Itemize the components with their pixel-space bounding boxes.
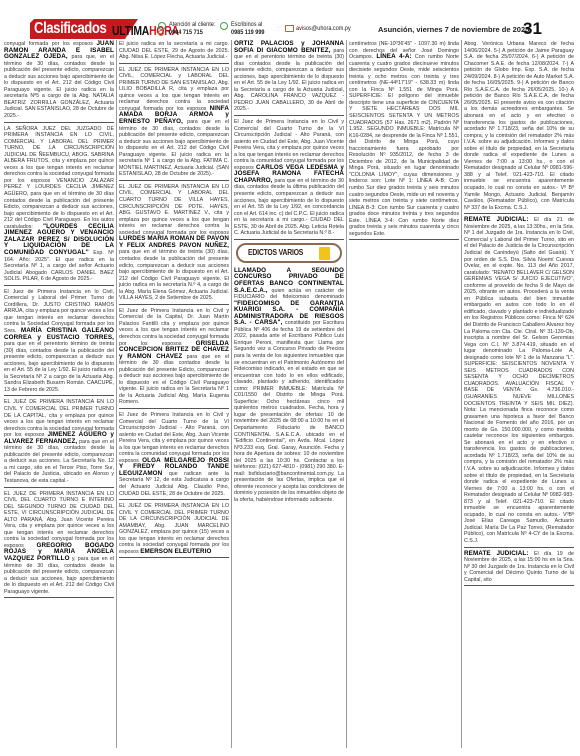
column-2: El juicio radica en la secretaría a mi c…	[119, 40, 229, 748]
contact-email: avisos@uhora.com.py	[285, 21, 365, 39]
classifieds-columns: conyugal formada por los esposos JUAN RA…	[0, 40, 580, 750]
notice: EL JUEZ DE PRIMERA INSTANCIA EN LO CIVIL…	[119, 66, 229, 181]
column-3: ORTIZ PALACIOS y JOHANNA SOFIA DI GIACOM…	[234, 40, 344, 748]
contact-value[interactable]: 0994 715 715	[169, 29, 203, 37]
contact-customer-service: Atención al cliente: 0994 715 715	[158, 21, 218, 39]
mail-icon	[285, 25, 294, 32]
notice: LLAMADO A SEGUNDO CONCURSO PRIVADO DE OF…	[234, 267, 344, 506]
contact-label: Escribinos al	[231, 21, 262, 29]
section-label: Clasificados	[34, 19, 106, 39]
notice: REMATE JUDICIAL: El día 19 de Noviembre …	[464, 550, 574, 587]
column-4-sections	[349, 40, 459, 748]
whatsapp-icon	[158, 22, 166, 30]
notice: ORTIZ PALACIOS y JOHANNA SOFIA DI GIACOM…	[234, 40, 344, 116]
column-5: Abog. Verónica Urbana Mareco de fecha 14…	[464, 40, 574, 748]
publication-date: Asunción, viernes 7 de noviembre de 2025	[378, 25, 529, 34]
whatsapp-icon	[220, 22, 228, 30]
logo-part-ultima: ULTIMA	[112, 23, 149, 38]
section-header-edictos-varios: EDICTOS VARIOS	[236, 243, 342, 263]
page-number: 31	[523, 19, 542, 39]
contact-label: Atención al cliente:	[169, 21, 215, 29]
notice: EL JUEZ DE PRIMERA INSTANCIA EN LO CIVIL…	[4, 490, 114, 599]
contact-whatsapp: Escribinos al 0985 119 999	[220, 21, 275, 39]
notice: EL JUEZ DE PRIMERA INSTANCIA EN LO CIVIL…	[4, 398, 114, 487]
column-divider	[461, 40, 462, 748]
notice: El Juez de Primera Instancia en lo Civil…	[119, 307, 229, 409]
notice: LA SEÑORA JUEZ DEL JUZGADO DE PRIMERA IN…	[4, 125, 114, 286]
notice: Abog. Verónica Urbana Mareco de fecha 14…	[464, 40, 574, 214]
contact-value[interactable]: 0985 119 999	[231, 29, 264, 37]
notice: EL JUEZ DE PRIMERA INSTANCIA EN LO CIVIL…	[119, 502, 229, 558]
column-divider	[116, 40, 117, 748]
notice: El juicio radica en la secretaría a mi c…	[119, 40, 229, 64]
notice: El Juez de Primera Instancia en lo Civil…	[119, 411, 229, 500]
document-icon	[319, 247, 330, 260]
column-1: conyugal formada por los esposos JUAN RA…	[4, 40, 114, 748]
notice: conyugal formada por los esposos JUAN RA…	[4, 40, 114, 123]
column-divider	[231, 40, 232, 748]
page-header: Clasificados ULTIMAHORA Atención al clie…	[0, 18, 580, 38]
notice: El Juez de Primera Instancia en lo Civil…	[234, 118, 344, 240]
contact-email-value[interactable]: avisos@uhora.com.py	[296, 25, 351, 33]
notice: EL JUEZ DE PRIMERA INSTANCIA EN LO CIVIL…	[119, 183, 229, 305]
column-divider	[346, 40, 347, 748]
section-title: EDICTOS VARIOS	[248, 248, 303, 257]
notice: REMATE JUDICIAL: El día 21 de Noviembre …	[464, 216, 574, 547]
phone-icon	[158, 30, 164, 36]
notice: El Juez de Primera Instancia en lo Civil…	[4, 288, 114, 397]
